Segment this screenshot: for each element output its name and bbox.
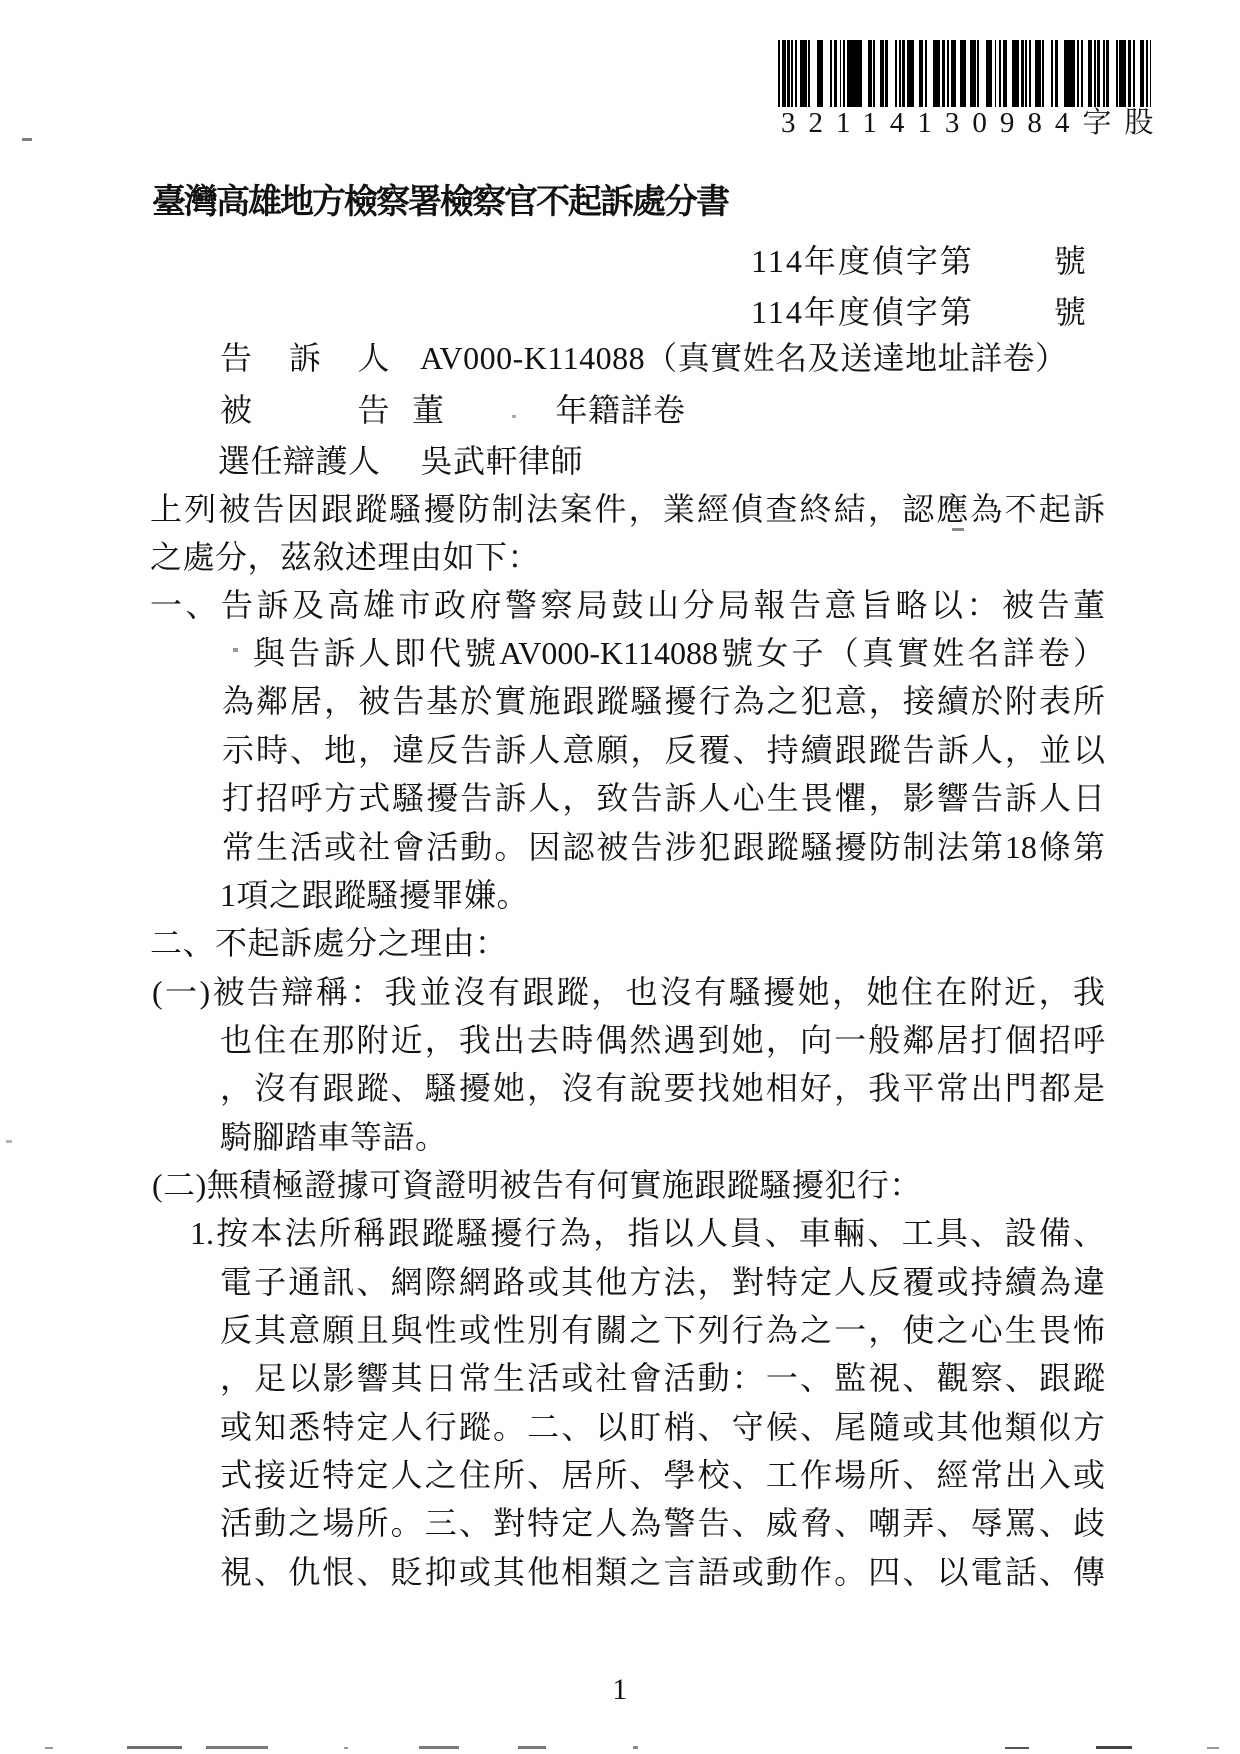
party-row-defendant: 被告董年籍詳卷 xyxy=(220,386,686,434)
party-role-char: 被 xyxy=(220,386,253,434)
counsel-role-label: 選任辯護人 xyxy=(218,443,381,479)
document-title: 臺灣高雄地方檢察署檢察官不起訴處分書 xyxy=(152,179,728,227)
scan-artifact xyxy=(233,648,238,652)
scan-artifact xyxy=(1005,1747,1029,1749)
case-number-line: 114年度偵字第號 xyxy=(751,237,1088,285)
body-line: 為鄰居，被告基於實施跟蹤騷擾行為之犯意，接續於附表所 xyxy=(222,677,1105,725)
scan-artifact xyxy=(419,1746,459,1749)
counsel-name: 吳武軒律師 xyxy=(421,443,584,479)
body-line: 常生活或社會活動。因認被告涉犯跟蹤騷擾防制法第18條第 xyxy=(222,823,1105,871)
scan-artifact xyxy=(22,138,32,141)
body-line: 視、仇恨、貶抑或其他相類之言語或動作。四、以電話、傳 xyxy=(220,1548,1105,1596)
case-number-suffix: 號 xyxy=(1054,243,1088,279)
body-line: 騎腳踏車等語。 xyxy=(220,1113,448,1161)
page: { "document": { "stamp": { "barcode_labe… xyxy=(0,0,1240,1754)
body-line: (二)無積極證據可資證明被告有何實施跟蹤騷擾犯行： xyxy=(152,1161,922,1209)
party-row-counsel: 選任辯護人吳武軒律師 xyxy=(218,437,583,485)
body-line: 二、不起訴處分之理由： xyxy=(150,919,508,967)
body-line: ，沒有跟蹤、騷擾她，沒有說要找她相好，我平常出門都是 xyxy=(220,1064,1105,1112)
scan-artifact xyxy=(6,1140,12,1143)
scan-artifact xyxy=(206,1746,268,1749)
scan-artifact xyxy=(344,1747,348,1749)
party-role-char: 告 xyxy=(220,334,253,382)
page-number: 1 xyxy=(0,1666,1240,1714)
body-line: ，足以影響其日常生活或社會活動：一、監視、觀察、跟蹤 xyxy=(220,1354,1105,1402)
body-line: 1項之跟蹤騷擾罪嫌。 xyxy=(220,871,529,919)
case-number-line: 114年度偵字第號 xyxy=(751,288,1088,336)
defendant-note: 年籍詳卷 xyxy=(556,392,686,428)
scan-artifact xyxy=(1207,1747,1219,1749)
barcode-image xyxy=(778,40,1155,107)
party-role-char: 人 xyxy=(357,334,390,382)
complainant-code: AV000-K114088（真實姓名及送達地址詳卷） xyxy=(420,340,1068,376)
body-line: 打招呼方式騷擾告訴人，致告訴人心生畏懼，影響告訴人日 xyxy=(222,774,1105,822)
body-line: 與告訴人即代號AV000-K114088號女子（真實姓名詳卷） xyxy=(253,629,1105,677)
case-number-prefix: 114年度偵字第 xyxy=(751,243,974,279)
body-line: (一)被告辯稱：我並沒有跟蹤，也沒有騷擾她，她住在附近，我 xyxy=(152,968,1105,1016)
body-line: 示時、地，違反告訴人意願，反覆、持續跟蹤告訴人，並以 xyxy=(222,726,1105,774)
body-line: 上列被告因跟蹤騷擾防制法案件，業經偵查終結，認應為不起訴 xyxy=(150,485,1105,533)
body-line: 之處分，茲敘述理由如下： xyxy=(150,533,540,581)
scan-artifact xyxy=(633,1746,638,1749)
body-line: 一、告訴及高雄市政府警察局鼓山分局報告意旨略以：被告董 xyxy=(150,581,1105,629)
case-number-suffix: 號 xyxy=(1054,294,1088,330)
defendant-surname: 董 xyxy=(412,392,445,428)
case-number-prefix: 114年度偵字第 xyxy=(751,294,974,330)
barcode-number: 32114130984字股 xyxy=(781,106,1166,140)
body-line: 式接近特定人之住所、居所、學校、工作場所、經常出入或 xyxy=(220,1451,1105,1499)
party-row-complainant: 告訴人AV000-K114088（真實姓名及送達地址詳卷） xyxy=(220,334,1068,382)
scan-artifact xyxy=(45,1747,53,1749)
body-line: 電子通訊、網際網路或其他方法，對特定人反覆或持續為違 xyxy=(220,1258,1105,1306)
body-line: 或知悉特定人行蹤。二、以盯梢、守候、尾隨或其他類似方 xyxy=(220,1403,1105,1451)
body-line: 也住在那附近，我出去時偶然遇到她，向一般鄰居打個招呼 xyxy=(220,1016,1105,1064)
scan-artifact xyxy=(518,1746,546,1749)
scan-artifact xyxy=(1096,1746,1132,1749)
party-role-char: 告 xyxy=(357,386,390,434)
party-role-char: 訴 xyxy=(289,334,322,382)
body-line: 活動之場所。三、對特定人為警告、威脅、嘲弄、辱罵、歧 xyxy=(220,1499,1105,1547)
body-line: 反其意願且與性或性別有關之下列行為之一，使之心生畏怖 xyxy=(220,1306,1105,1354)
body-line: 1.按本法所稱跟蹤騷擾行為，指以人員、車輛、工具、設備、 xyxy=(190,1209,1105,1257)
scan-artifact xyxy=(127,1746,182,1749)
